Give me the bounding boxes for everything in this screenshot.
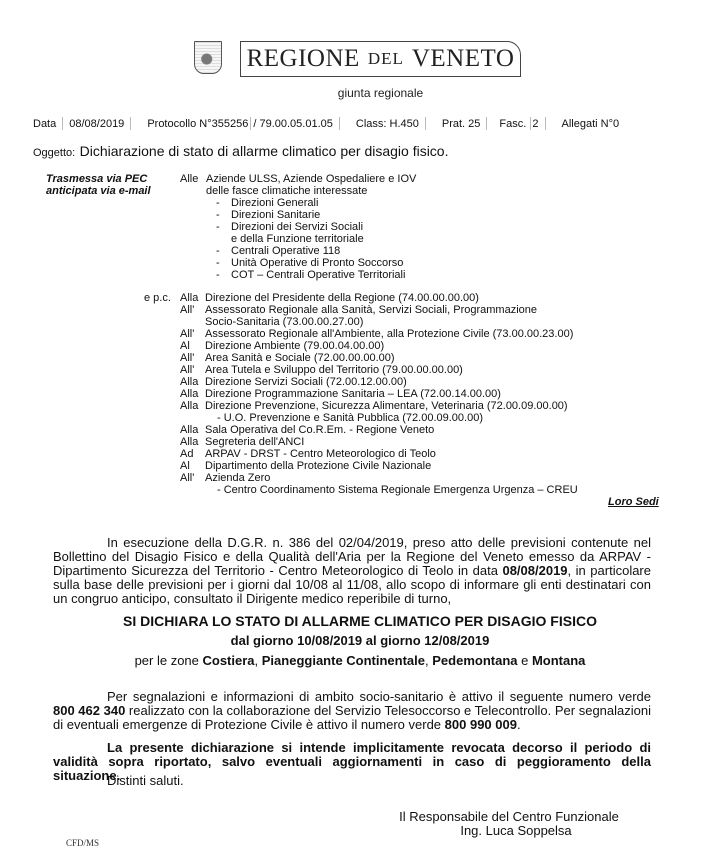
cc-item: AllaDirezione Programmazione Sanitaria –… bbox=[180, 388, 640, 400]
divider bbox=[339, 117, 340, 130]
title-del: DEL bbox=[368, 49, 404, 69]
cc-label: e p.c. bbox=[144, 292, 171, 304]
transmission-line-1: Trasmessa via PEC bbox=[46, 173, 176, 185]
subject-label: Oggetto: bbox=[33, 147, 75, 159]
recipient-prefix: Alle bbox=[180, 173, 206, 185]
date-value: 08/08/2019 bbox=[69, 118, 124, 130]
fasc-value: 2 bbox=[532, 118, 538, 130]
class-label: Class: bbox=[356, 118, 387, 130]
cc-item: All'Azienda Zero bbox=[180, 472, 640, 484]
prat-value: 25 bbox=[468, 118, 480, 130]
declaration-period: dal giorno 10/08/2019 al giorno 12/08/20… bbox=[40, 633, 680, 648]
subject-line: Oggetto: Dichiarazione di stato di allar… bbox=[33, 143, 448, 161]
cc-item: AllaDirezione Servizi Sociali (72.00.12.… bbox=[180, 376, 640, 388]
protocol-code: / 79.00.05.01.05 bbox=[253, 118, 333, 130]
closing-greeting: Distinti saluti. bbox=[107, 773, 184, 788]
cc-item: All'Assessorato Regionale alla Sanità, S… bbox=[180, 304, 640, 316]
cc-item: AlDipartimento della Protezione Civile N… bbox=[180, 460, 640, 472]
allegati-label: Allegati N° bbox=[562, 118, 613, 130]
class-value: H.450 bbox=[390, 118, 419, 130]
prat-label: Prat. bbox=[442, 118, 465, 130]
protocol-row: Data 08/08/2019 Protocollo N° 355256 / 7… bbox=[33, 117, 619, 130]
recipient-item-continuation: e della Funzione territoriale bbox=[206, 233, 416, 245]
recipient-item: -Direzioni dei Servizi Sociali bbox=[206, 221, 416, 233]
signature-role: Il Responsabile del Centro Funzionale bbox=[392, 810, 626, 824]
cc-item: AlDirezione Ambiente (79.00.04.00.00) bbox=[180, 340, 640, 352]
transmission-note: Trasmessa via PEC anticipata via e-mail bbox=[46, 173, 176, 197]
recipient-item: -COT – Centrali Operative Territoriali bbox=[206, 269, 416, 281]
divider bbox=[425, 117, 426, 130]
cc-sub-item: - Centro Coordinamento Sistema Regionale… bbox=[180, 484, 640, 496]
letterhead-subtitle: giunta regionale bbox=[240, 86, 521, 100]
green-number-civil-protection: 800 990 009 bbox=[445, 717, 517, 732]
declaration-zones: per le zone Costiera, Pianeggiante Conti… bbox=[40, 653, 680, 668]
title-veneto: VENETO bbox=[412, 45, 515, 73]
cc-item: AllaSegreteria dell'ANCI bbox=[180, 436, 640, 448]
cc-recipients: AllaDirezione del Presidente della Regio… bbox=[180, 292, 640, 496]
declaration-heading: SI DICHIARA LO STATO DI ALLARME CLIMATIC… bbox=[40, 613, 680, 629]
recipient-item: -Unità Operative di Pronto Soccorso bbox=[206, 257, 416, 269]
cc-item: All'Area Sanità e Sociale (72.00.00.00.0… bbox=[180, 352, 640, 364]
bulletin-date: 08/08/2019 bbox=[502, 563, 567, 578]
divider bbox=[250, 117, 251, 130]
footer-initials: CFD/MS bbox=[66, 838, 99, 848]
transmission-line-2: anticipata via e-mail bbox=[46, 185, 176, 197]
divider bbox=[545, 117, 546, 130]
cc-item: AllaDirezione del Presidente della Regio… bbox=[180, 292, 640, 304]
allegati-value: 0 bbox=[613, 118, 619, 130]
protocol-label: Protocollo N° bbox=[147, 118, 211, 130]
recipient-item: -Direzioni Sanitarie bbox=[206, 209, 416, 221]
divider bbox=[130, 117, 131, 130]
primary-recipients: Alle Aziende ULSS, Aziende Ospedaliere e… bbox=[180, 173, 416, 281]
title-regione: REGIONE bbox=[247, 45, 360, 73]
letterhead-title: REGIONE DEL VENETO bbox=[240, 41, 521, 77]
coat-of-arms-icon bbox=[194, 41, 222, 74]
body-paragraph-2: Per segnalazioni e informazioni di ambit… bbox=[53, 690, 651, 732]
date-label: Data bbox=[33, 118, 56, 130]
protocol-number: 355256 bbox=[212, 118, 249, 130]
divider bbox=[62, 117, 63, 130]
recipient-item: -Centrali Operative 118 bbox=[206, 245, 416, 257]
cc-item: All'Assessorato Regionale all'Ambiente, … bbox=[180, 328, 640, 340]
green-number-health: 800 462 340 bbox=[53, 703, 125, 718]
cc-item-continuation: Socio-Sanitaria (73.00.00.27.00) bbox=[180, 316, 640, 328]
cc-item: AllaSala Operativa del Co.R.Em. - Region… bbox=[180, 424, 640, 436]
recipient-line: Aziende ULSS, Aziende Ospedaliere e IOV bbox=[206, 173, 416, 185]
signature-name: Ing. Luca Soppelsa bbox=[406, 824, 626, 838]
cc-item: AllaDirezione Prevenzione, Sicurezza Ali… bbox=[180, 400, 640, 412]
body-paragraph-1: In esecuzione della D.G.R. n. 386 del 02… bbox=[53, 536, 651, 606]
cc-sub-item: - U.O. Prevenzione e Sanità Pubblica (72… bbox=[180, 412, 640, 424]
cc-item: All'Area Tutela e Sviluppo del Territori… bbox=[180, 364, 640, 376]
cc-item: AdARPAV - DRST - Centro Meteorologico di… bbox=[180, 448, 640, 460]
loro-sedi: Loro Sedi bbox=[608, 496, 659, 508]
divider bbox=[530, 117, 531, 130]
recipient-line: delle fasce climatiche interessate bbox=[180, 185, 416, 197]
signature-block: Il Responsabile del Centro Funzionale In… bbox=[406, 810, 626, 838]
recipient-item: -Direzioni Generali bbox=[206, 197, 416, 209]
subject-text: Dichiarazione di stato di allarme climat… bbox=[80, 143, 449, 159]
divider bbox=[486, 117, 487, 130]
fasc-label: Fasc. bbox=[499, 118, 526, 130]
